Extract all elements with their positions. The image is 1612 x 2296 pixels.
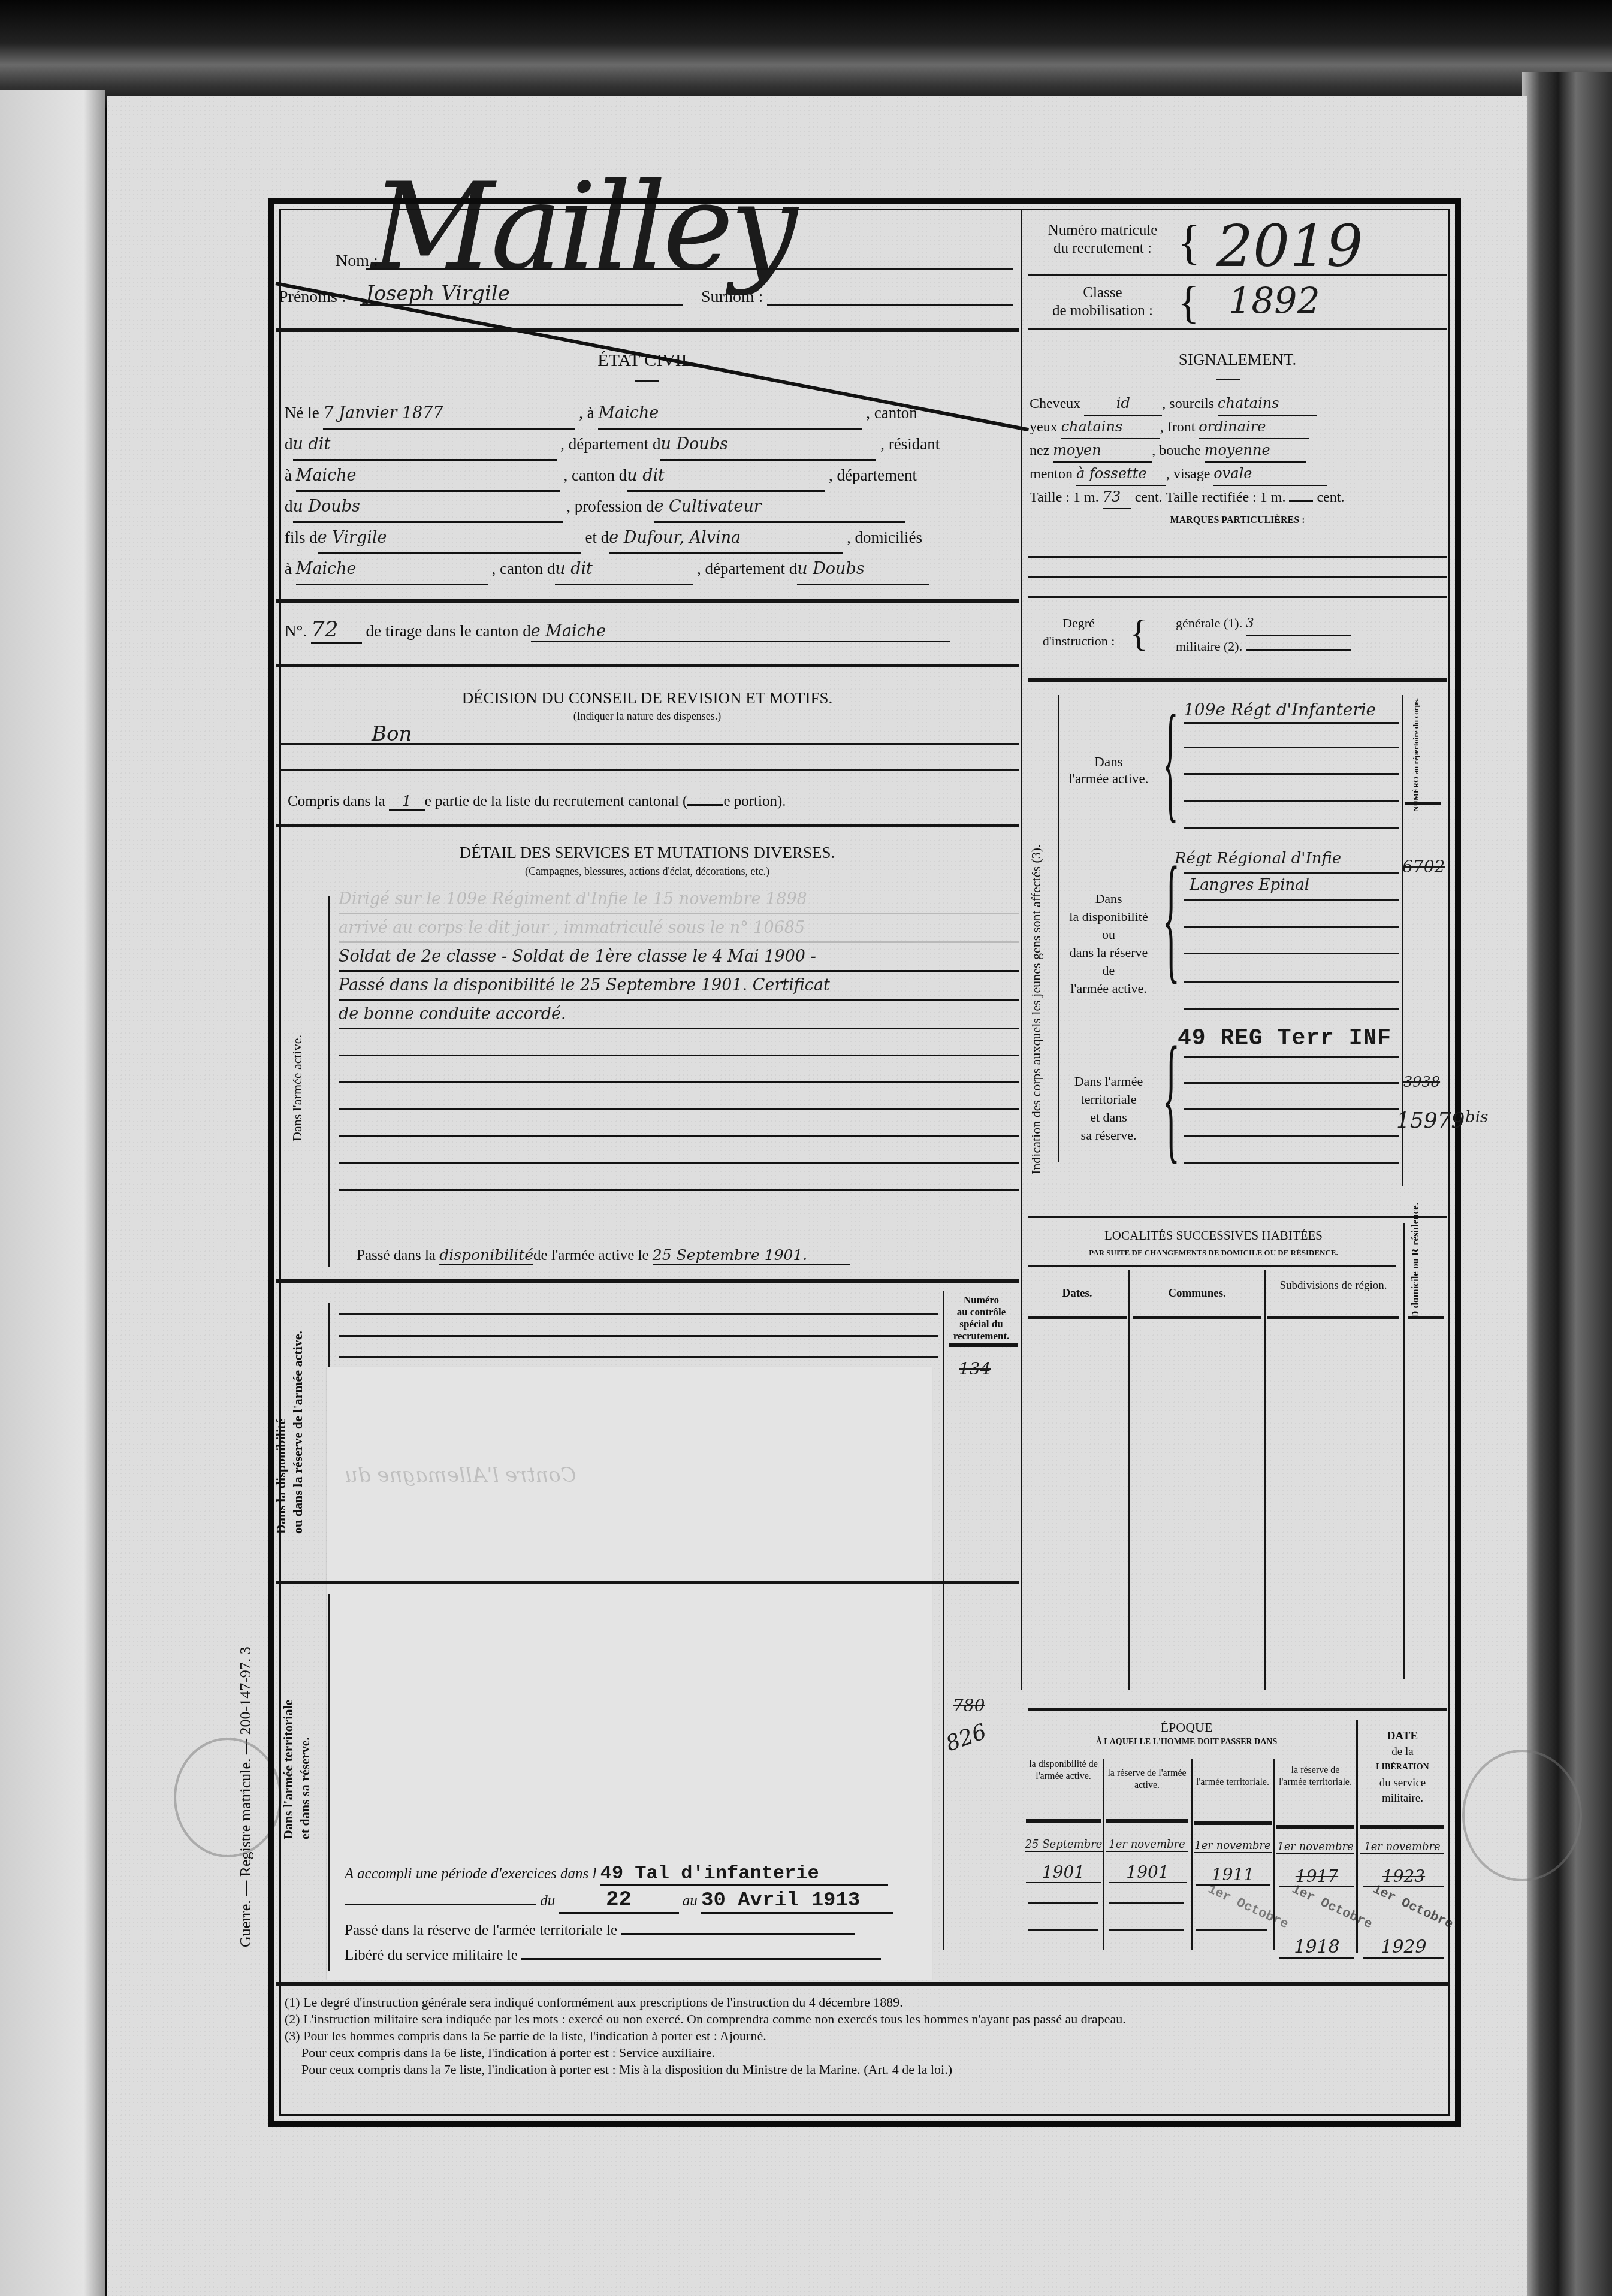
passe-reserve-row: Passé dans la réserve de l'armée territo… [345, 1922, 855, 1939]
blank-field [345, 1904, 536, 1905]
prenoms-label: Prénoms : [279, 288, 346, 307]
libere-row: Libéré du service militaire le [345, 1947, 881, 1964]
services-entry: Passé dans la disponibilité le 25 Septem… [339, 972, 1019, 1001]
menton-field[interactable]: à fossette [1076, 463, 1166, 486]
mother-field[interactable]: e Dufour, Alvina [609, 524, 843, 554]
divider [1028, 1216, 1447, 1218]
parents-domicile-field[interactable]: Maiche [296, 555, 488, 585]
services-entry: Soldat de 2e classe - Soldat de 1ère cla… [339, 943, 1019, 972]
passe-reserve-field[interactable] [621, 1933, 855, 1935]
corps-line [1184, 827, 1399, 829]
degre-values: générale (1). 3 militaire (2). [1176, 612, 1351, 657]
divider [1403, 1223, 1405, 1679]
reserve-line [339, 1313, 938, 1315]
epoque-reserve-active-year[interactable]: 1901 [1109, 1862, 1187, 1883]
corps-line [1184, 747, 1399, 748]
exercices-from-field[interactable]: 22 [559, 1887, 679, 1914]
passe-disponibilite-row: Passé dans la disponibilitéde l'armée ac… [357, 1246, 850, 1265]
tirage-canton-field[interactable]: e Maiche [531, 622, 950, 642]
localites-dates-header: Dates. [1028, 1287, 1127, 1300]
tirage-number-field[interactable]: 72 [311, 617, 362, 644]
bouche-field[interactable]: moyenne [1205, 439, 1306, 463]
localites-title: LOCALITÉS SUCCESSIVES HABITÉES [1025, 1228, 1402, 1243]
parents-row: fils de Virgile et de Dufour, Alvina , d… [285, 523, 1016, 554]
brace-icon: { [1178, 216, 1200, 270]
cheveux-field[interactable]: id [1084, 392, 1162, 416]
epoque-dispo-year[interactable]: 1901 [1026, 1862, 1101, 1883]
bleed-through-text: Contre l'Allemagne du [345, 1463, 576, 1487]
parents-departement-field[interactable]: u Doubs [797, 555, 929, 585]
divider [1408, 1316, 1444, 1319]
corps-line [1184, 899, 1399, 901]
services-blank-line [339, 1137, 1019, 1164]
divider [1028, 678, 1447, 682]
classe-value[interactable]: 1892 [1228, 280, 1320, 322]
active-label: Dans l'armée active. [1064, 754, 1154, 787]
etat-civil-title: ÉTAT CIVIL. [276, 351, 1019, 371]
divider [1058, 695, 1059, 1162]
matricule-label: Numéro matricule du recrutement : [1031, 222, 1175, 258]
services-entry: arrivé au corps le dit jour , immatricul… [339, 914, 1019, 943]
matricule-value[interactable]: 2019 [1216, 213, 1363, 280]
terr-numero-new[interactable]: 15979 [1396, 1108, 1465, 1133]
services-title: DÉTAIL DES SERVICES ET MUTATIONS DIVERSE… [276, 844, 1019, 862]
profession-field[interactable]: e Cultivateur [654, 493, 905, 523]
divider [276, 599, 1019, 603]
numero-controle-header: Numéro au contrôle spécial du recrutemen… [947, 1294, 1016, 1342]
epoque-territoriale-year[interactable]: 1911 [1196, 1865, 1270, 1886]
divider [1267, 1316, 1399, 1319]
divider [943, 1291, 944, 1950]
decision-subtitle: (Indiquer la nature des dispenses.) [276, 710, 1019, 723]
services-side-label: Dans l'armée active. [289, 1035, 305, 1141]
signalement-block: Cheveux id, sourcils chatains yeux chata… [1030, 392, 1449, 509]
epoque-col-disponibilite: la disponibilité de l'armée active. [1026, 1759, 1101, 1783]
divider [635, 380, 659, 382]
epoque-line [1109, 1929, 1184, 1931]
epoque-col-territoriale: l'armée territoriale. [1194, 1777, 1272, 1789]
localites-communes-header: Communes. [1133, 1287, 1261, 1300]
etat-civil-block: Né le 7 Janvier 1877 , à Maiche , canton… [285, 398, 1016, 585]
yeux-row: yeux chatains, front ordinaire [1030, 416, 1449, 439]
residence-departement-field[interactable]: u Doubs [293, 493, 563, 523]
divider [1360, 1825, 1444, 1829]
footnote-3: (3) Pour les hommes compris dans la 5e p… [285, 2028, 1447, 2044]
services-blank-line [339, 1110, 1019, 1137]
active-corps-value[interactable]: 109e Régt d'Infanterie [1184, 700, 1376, 720]
divider [1028, 274, 1447, 276]
numero-controle-value[interactable]: 134 [959, 1359, 991, 1379]
footnotes: (1) Le degré d'instruction générale sera… [285, 1994, 1447, 2078]
epoque-col-reserve-active: la réserve de l'armée active. [1106, 1768, 1188, 1792]
partie-field[interactable]: 1 [389, 792, 425, 811]
corps-line [1184, 1135, 1399, 1137]
dispo-corps-value-2[interactable]: Langres Epinal [1190, 876, 1309, 894]
terr-numero-suffix: bis [1465, 1108, 1488, 1126]
corps-line [1184, 1162, 1399, 1164]
canton-row: du dit , département du Doubs , résidant [285, 430, 1016, 461]
decision-value[interactable]: Bon [372, 722, 412, 746]
divider [1264, 1270, 1266, 1690]
dispo-numero-value[interactable]: 6702 [1402, 857, 1445, 877]
epoque-dispo-date[interactable]: 25 Septembre [1025, 1838, 1103, 1852]
surnom-underline [767, 304, 1013, 306]
divider [276, 1982, 1450, 1986]
divider [1026, 1819, 1101, 1823]
parents-domicile-row: à Maiche , canton du dit , département d… [285, 554, 1016, 585]
services-blank-line [339, 1083, 1019, 1110]
decision-title: DÉCISION DU CONSEIL DE REVISION ET MOTIF… [276, 689, 1019, 708]
divider [276, 328, 1019, 332]
localites-subdivisions-header: Subdivisions de région. [1267, 1279, 1399, 1293]
affectation-side-label: Indication des corps auxquels les jeunes… [1028, 844, 1044, 1174]
cheveux-row: Cheveux id, sourcils chatains [1030, 392, 1449, 416]
residence-row: à Maiche , canton du dit , département [285, 461, 1016, 492]
epoque-reserve-active-date[interactable]: 1er novembre [1106, 1838, 1188, 1852]
surnom-label: Surnom : [701, 288, 763, 307]
corps-line [1184, 1082, 1399, 1084]
divider [1194, 1821, 1272, 1825]
epoque-reserve-terr-date[interactable]: 1er novembre [1276, 1841, 1354, 1854]
nez-field[interactable]: moyen [1053, 439, 1152, 463]
passe-dispo-field[interactable]: disponibilité [439, 1246, 533, 1265]
reserve-line [339, 1335, 938, 1337]
divider [276, 1581, 1019, 1584]
divider [1216, 379, 1240, 380]
territoriale-side-label: Dans l'armée territoriale et dans sa rés… [280, 1700, 313, 1839]
tirage-row: N°. 72 de tirage dans le canton de Maich… [285, 617, 950, 644]
epoque-territoriale-date[interactable]: 1er novembre [1194, 1839, 1272, 1853]
dispo-label: Dans la disponibilité ou dans la réserve… [1064, 890, 1154, 998]
sourcils-field[interactable]: chatains [1218, 392, 1317, 416]
divider [949, 1343, 1018, 1347]
instruction-generale-field[interactable]: 3 [1246, 613, 1351, 636]
epoque-line [1028, 1929, 1098, 1931]
epoque-line [1109, 1902, 1184, 1904]
parents-canton-field[interactable]: u dit [555, 555, 693, 585]
services-blank-line [339, 1164, 1019, 1191]
corps-line [1184, 800, 1399, 802]
brace-icon: { [1163, 695, 1178, 827]
book-binding-top [0, 0, 1612, 108]
corps-line [1184, 953, 1399, 954]
footnote-3b: Pour ceux compris dans la 6e liste, l'in… [285, 2044, 1447, 2061]
stamp-right-icon [1462, 1750, 1582, 1881]
epoque-title: ÉPOQUE [1025, 1720, 1348, 1735]
services-entry: Dirigé sur le 109e Régiment d'Infie le 1… [339, 886, 1019, 914]
corps-line [1184, 722, 1399, 724]
localites-domicile-header: D domicile ou R résidence. [1409, 1228, 1421, 1318]
birth-date-field[interactable]: 7 Janvier 1877 [323, 399, 575, 430]
passe-dispo-date-field[interactable]: 25 Septembre 1901. [653, 1246, 850, 1265]
prenoms-underline [360, 304, 683, 306]
exercices-row: A accompli une période d'exercices dans … [345, 1862, 944, 1886]
degre-label: Degré d'instruction : [1031, 614, 1127, 650]
divider [1103, 1759, 1104, 1950]
divider [1028, 328, 1447, 330]
birth-place-field[interactable]: Maiche [598, 399, 862, 430]
footnote-1: (1) Le degré d'instruction générale sera… [285, 1994, 1447, 2011]
left-facing-page [0, 90, 105, 2296]
divider [276, 824, 1019, 827]
corps-line [1184, 926, 1399, 928]
father-field[interactable]: e Virgile [318, 524, 581, 554]
terr-numero-old[interactable]: 3938 [1403, 1074, 1440, 1090]
corps-line [1184, 1008, 1399, 1010]
nez-row: nez moyen, bouche moyenne [1030, 439, 1449, 463]
exercices-unit-field[interactable]: 49 Tal d'infanterie [600, 1862, 888, 1886]
departement-field[interactable]: u Doubs [660, 430, 876, 461]
corps-line [1184, 872, 1399, 874]
terr-corps-value[interactable]: 49 REG Terr INF [1178, 1026, 1391, 1052]
classe-label: Classe de mobilisation : [1031, 284, 1175, 320]
epoque-line [1028, 1902, 1098, 1904]
taille-field[interactable]: 73 [1103, 486, 1131, 509]
signalement-title: SIGNALEMENT. [1025, 351, 1450, 369]
nom-underline [366, 268, 1013, 270]
services-blank-line [339, 1056, 1019, 1083]
profession-row: du Doubs , profession de Cultivateur [285, 492, 1016, 523]
residence-canton-field[interactable]: u dit [627, 461, 825, 492]
corps-line [1184, 773, 1399, 775]
services-entry: de bonne conduite accordé. [339, 1001, 1019, 1029]
decision-line [279, 769, 1019, 771]
liberation-date[interactable]: 1er novembre [1360, 1841, 1444, 1854]
epoque-col-reserve-territoriale: la réserve de l'armée territoriale. [1276, 1765, 1354, 1789]
front-field[interactable]: ordinaire [1199, 416, 1309, 439]
services-subtitle: (Campagnes, blessures, actions d'éclat, … [276, 865, 1019, 878]
book-page-edges [1522, 72, 1612, 2296]
divider [328, 896, 330, 1267]
divider [276, 664, 1019, 667]
reserve-terr-revised-year[interactable]: 1918 [1279, 1937, 1354, 1959]
exercices-to-field[interactable]: 30 Avril 1913 [701, 1889, 893, 1914]
visage-field[interactable]: ovale [1213, 463, 1327, 486]
marques-line [1028, 596, 1447, 598]
liberation-header: DATE de la LIBÉRATION du service militai… [1359, 1729, 1446, 1806]
localites-subtitle: PAR SUITE DE CHANGEMENTS DE DOMICILE OU … [1025, 1248, 1402, 1258]
corps-line [1184, 1108, 1399, 1110]
column-divider [1021, 210, 1022, 1690]
brace-icon: { [1178, 277, 1199, 329]
yeux-field[interactable]: chatains [1061, 416, 1160, 439]
reserve-side-label: Dans la disponibilité ou dans la réserve… [273, 1331, 306, 1534]
divider [1028, 1316, 1127, 1319]
canton-field[interactable]: u dit [293, 430, 557, 461]
divider [328, 1594, 330, 1971]
prenoms-value[interactable]: Joseph Virgile [366, 282, 510, 306]
services-entries: Dirigé sur le 109e Régiment d'Infie le 1… [339, 886, 1019, 1191]
marques-line [1028, 576, 1447, 578]
divider [1106, 1819, 1188, 1823]
numero-repertoire-header: NUMÉRO au répertoire du corps. [1411, 698, 1421, 812]
marques-line [1028, 556, 1447, 558]
services-blank-line [339, 1029, 1019, 1056]
epoque-reserve-terr-year[interactable]: 1917 [1279, 1866, 1354, 1887]
territoriale-numero-old[interactable]: 780 [953, 1696, 985, 1715]
reserve-line [339, 1356, 938, 1358]
divider [1128, 1270, 1130, 1690]
birth-row: Né le 7 Janvier 1877 , à Maiche , canton [285, 398, 1016, 430]
residence-field[interactable]: Maiche [296, 461, 560, 492]
brace-icon: { [1130, 611, 1148, 655]
libere-field[interactable] [521, 1958, 881, 1960]
divider [1276, 1825, 1354, 1829]
compris-row: Compris dans la 1e partie de la liste du… [288, 792, 786, 811]
corps-line [1184, 981, 1399, 983]
taille-row: Taille : 1 m. 73 cent. Taille rectifiée … [1030, 486, 1449, 509]
corps-line [1184, 1056, 1399, 1058]
instruction-militaire-field[interactable] [1246, 649, 1351, 651]
stamp-left-icon [174, 1738, 282, 1857]
divider [1028, 1708, 1447, 1711]
taille-rectifiee-field[interactable] [1289, 500, 1313, 502]
terr-label: Dans l'armée territoriale et dans sa rés… [1064, 1073, 1154, 1144]
portion-field[interactable] [687, 804, 723, 806]
epoque-line [1196, 1929, 1267, 1931]
divider [1133, 1316, 1261, 1319]
divider [1405, 802, 1441, 805]
divider [1191, 1759, 1193, 1950]
epoque-subtitle: À LAQUELLE L'HOMME DOIT PASSER DANS [1025, 1738, 1348, 1747]
decision-line [279, 743, 1019, 745]
footnote-2: (2) L'instruction militaire sera indiqué… [285, 2011, 1447, 2028]
menton-row: menton à fossette, visage ovale [1030, 463, 1449, 486]
liberation-revised-year[interactable]: 1929 [1363, 1937, 1444, 1959]
exercices-dates-row: du 22 au 30 Avril 1913 [345, 1887, 944, 1914]
divider [276, 1279, 1019, 1283]
divider [1028, 1265, 1396, 1267]
footnote-3c: Pour ceux compris dans la 7e liste, l'in… [285, 2061, 1447, 2078]
dispo-corps-value-1[interactable]: Régt Régional d'Infie [1175, 850, 1341, 868]
marques-label: MARQUES PARTICULIÈRES : [1025, 515, 1450, 526]
